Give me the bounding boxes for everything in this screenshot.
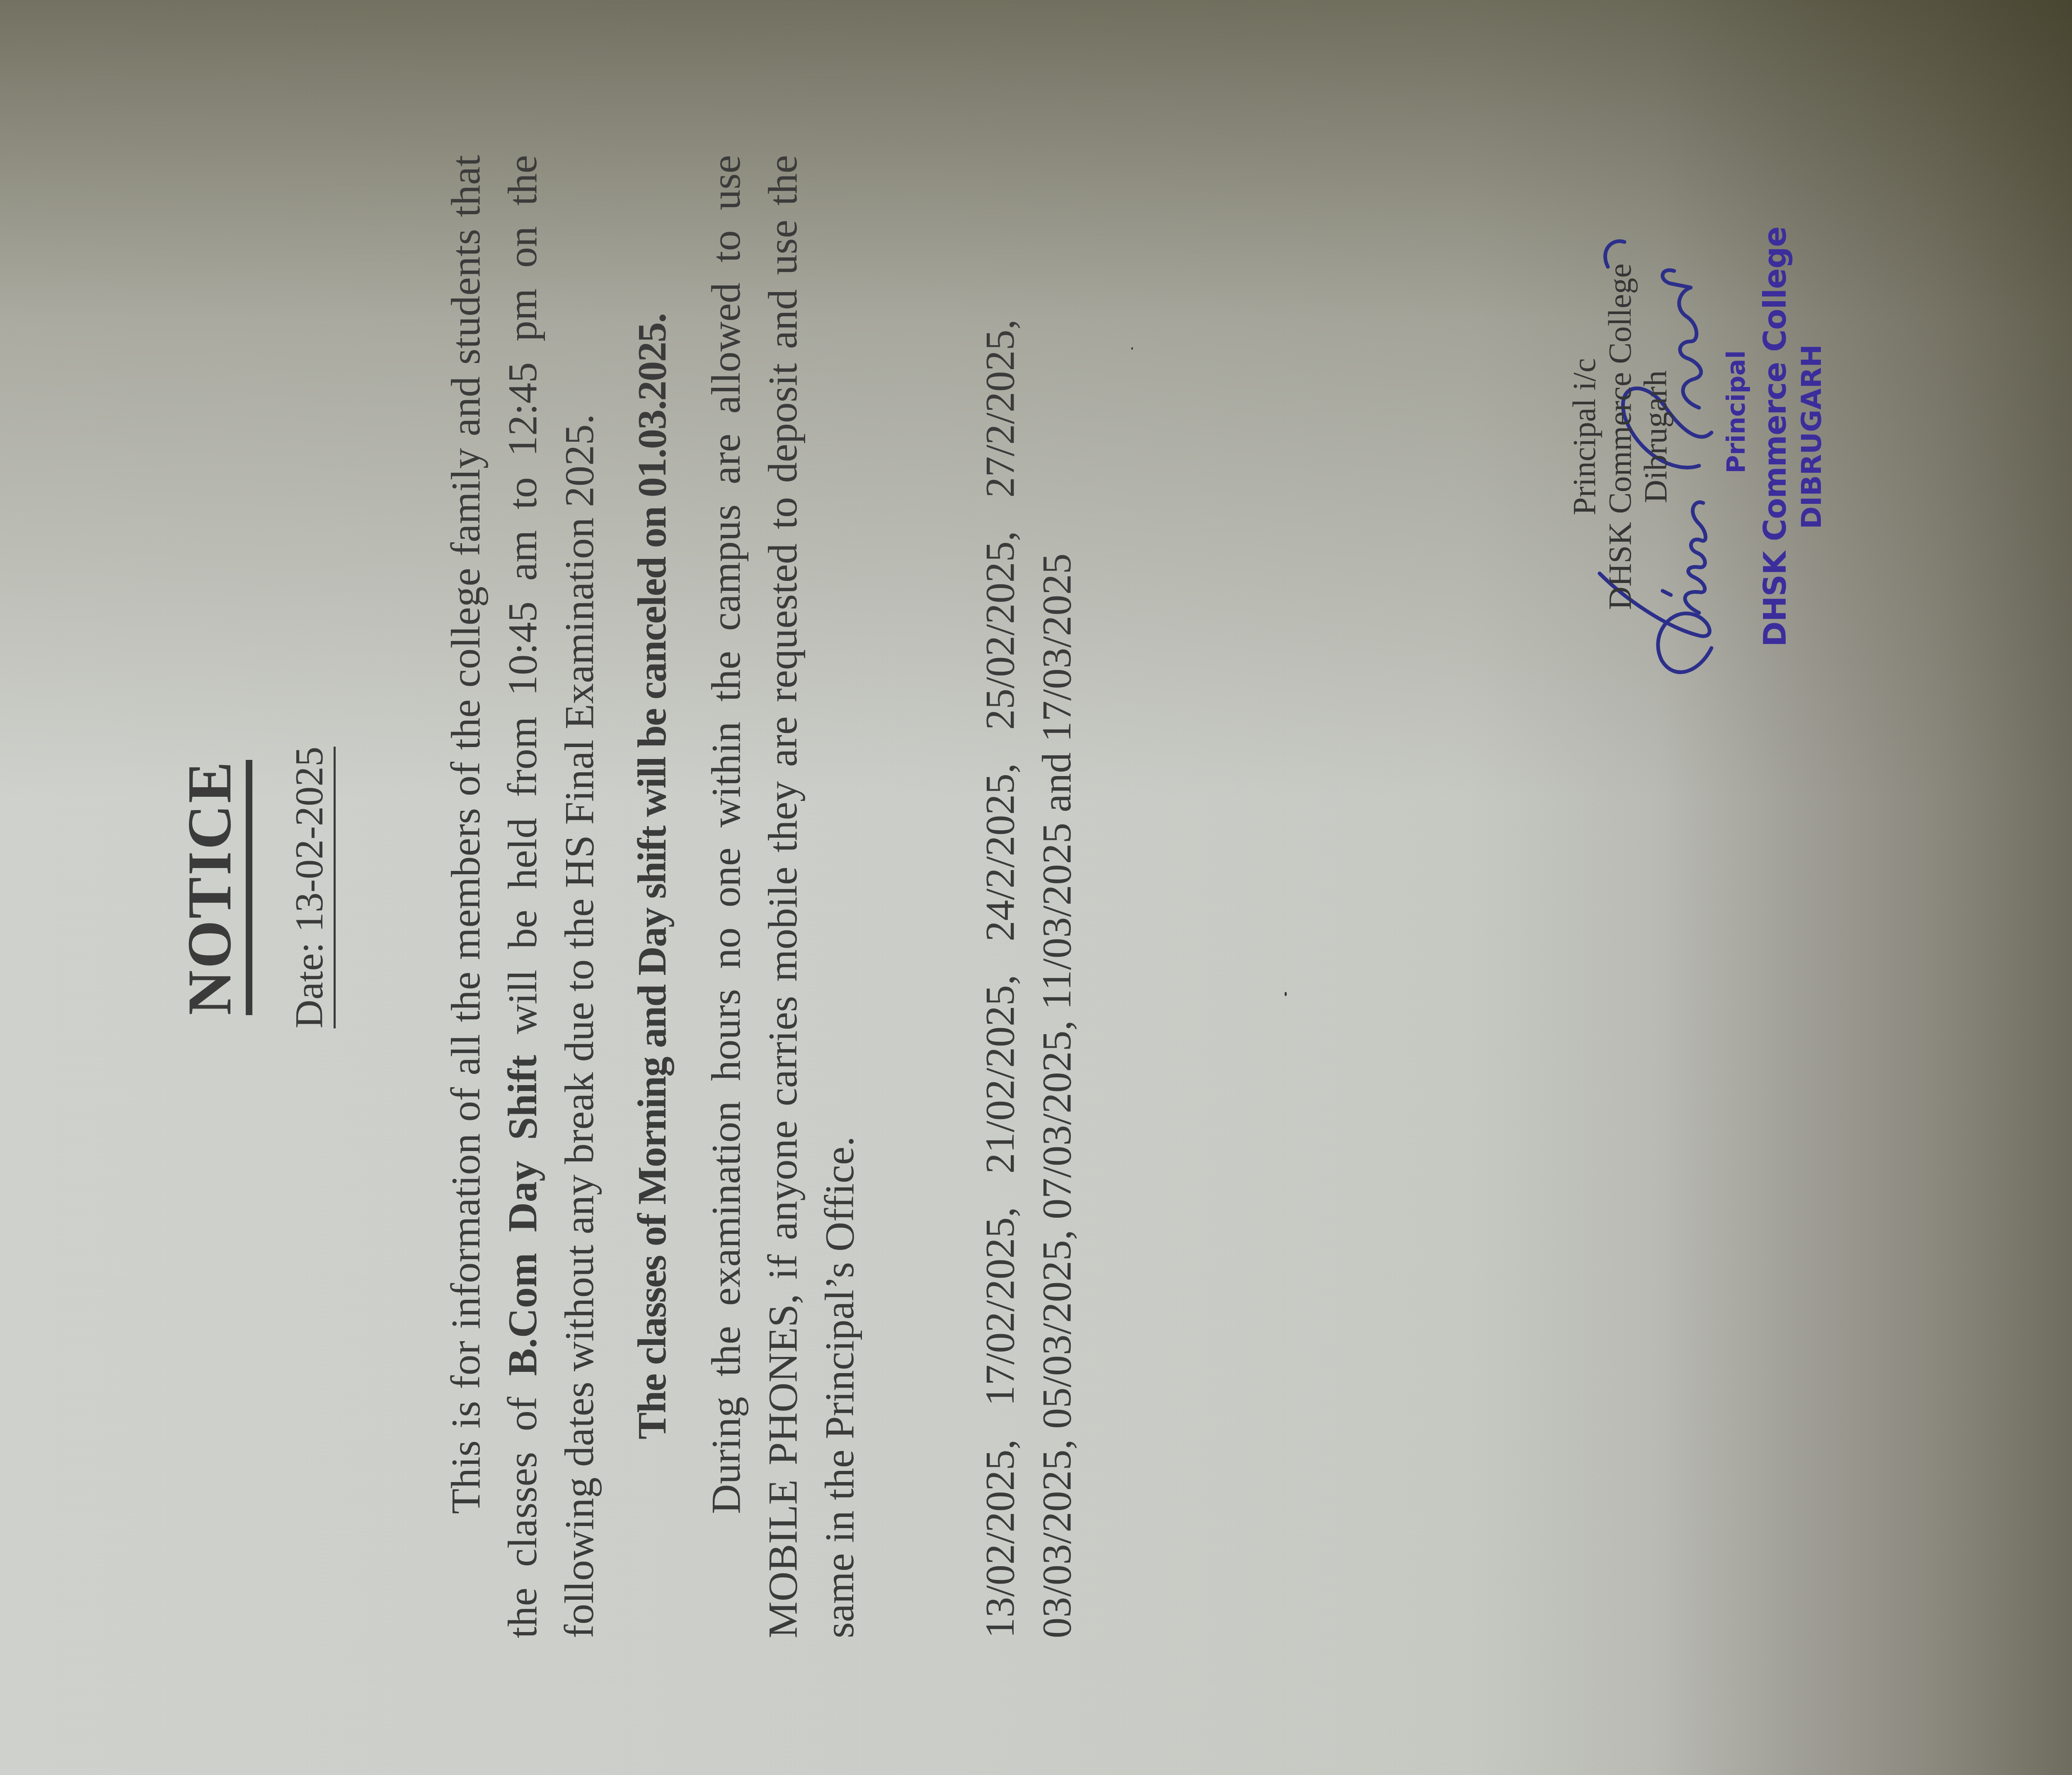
notice-date: Date: 13-02-2025 <box>286 0 332 1775</box>
paragraph-class-schedule: This is for information of all the membe… <box>437 155 608 1638</box>
dates-line-2: 03/03/2025, 05/03/2025, 07/03/2025, 11/0… <box>1034 553 1080 1638</box>
notice-body: This is for information of all the membe… <box>437 155 1085 1638</box>
paper-speck <box>1285 992 1287 996</box>
paragraph-mobile-phones: During the examination hours no one with… <box>697 155 868 1638</box>
paragraph-cancellation: The classes of Morning and Day shift wil… <box>624 155 681 1638</box>
stamp-line-2: DHSK Commerce College <box>1755 209 1795 665</box>
class-dates-list: 13/02/2025, 17/02/2025, 21/02/2025, 24/2… <box>971 155 1085 1638</box>
notice-title: NOTICE <box>174 0 245 1775</box>
signatory-place: Dibrugarh <box>1638 188 1673 685</box>
dates-line-1: 13/02/2025, 17/02/2025, 21/02/2025, 24/2… <box>977 319 1023 1638</box>
notice-page: NOTICE Date: 13-02-2025 This is for info… <box>0 0 2072 1775</box>
signatory-institution: DHSK Commerce College <box>1602 188 1638 685</box>
signatory-block: Principal i/c DHSK Commerce College Dibr… <box>1566 188 1673 685</box>
notice-title-text: NOTICE <box>175 760 252 1015</box>
stamp-line-3: DIBRUGARH <box>1795 209 1828 665</box>
signatory-designation: Principal i/c <box>1566 188 1602 685</box>
official-stamp: Principal DHSK Commerce College DIBRUGAR… <box>1724 209 1828 665</box>
shift-name: B.Com Day Shift <box>499 1055 545 1376</box>
paper-speck <box>1131 347 1133 350</box>
notice-date-text: Date: 13-02-2025 <box>287 747 336 1028</box>
stamp-line-1: Principal <box>1724 209 1749 615</box>
